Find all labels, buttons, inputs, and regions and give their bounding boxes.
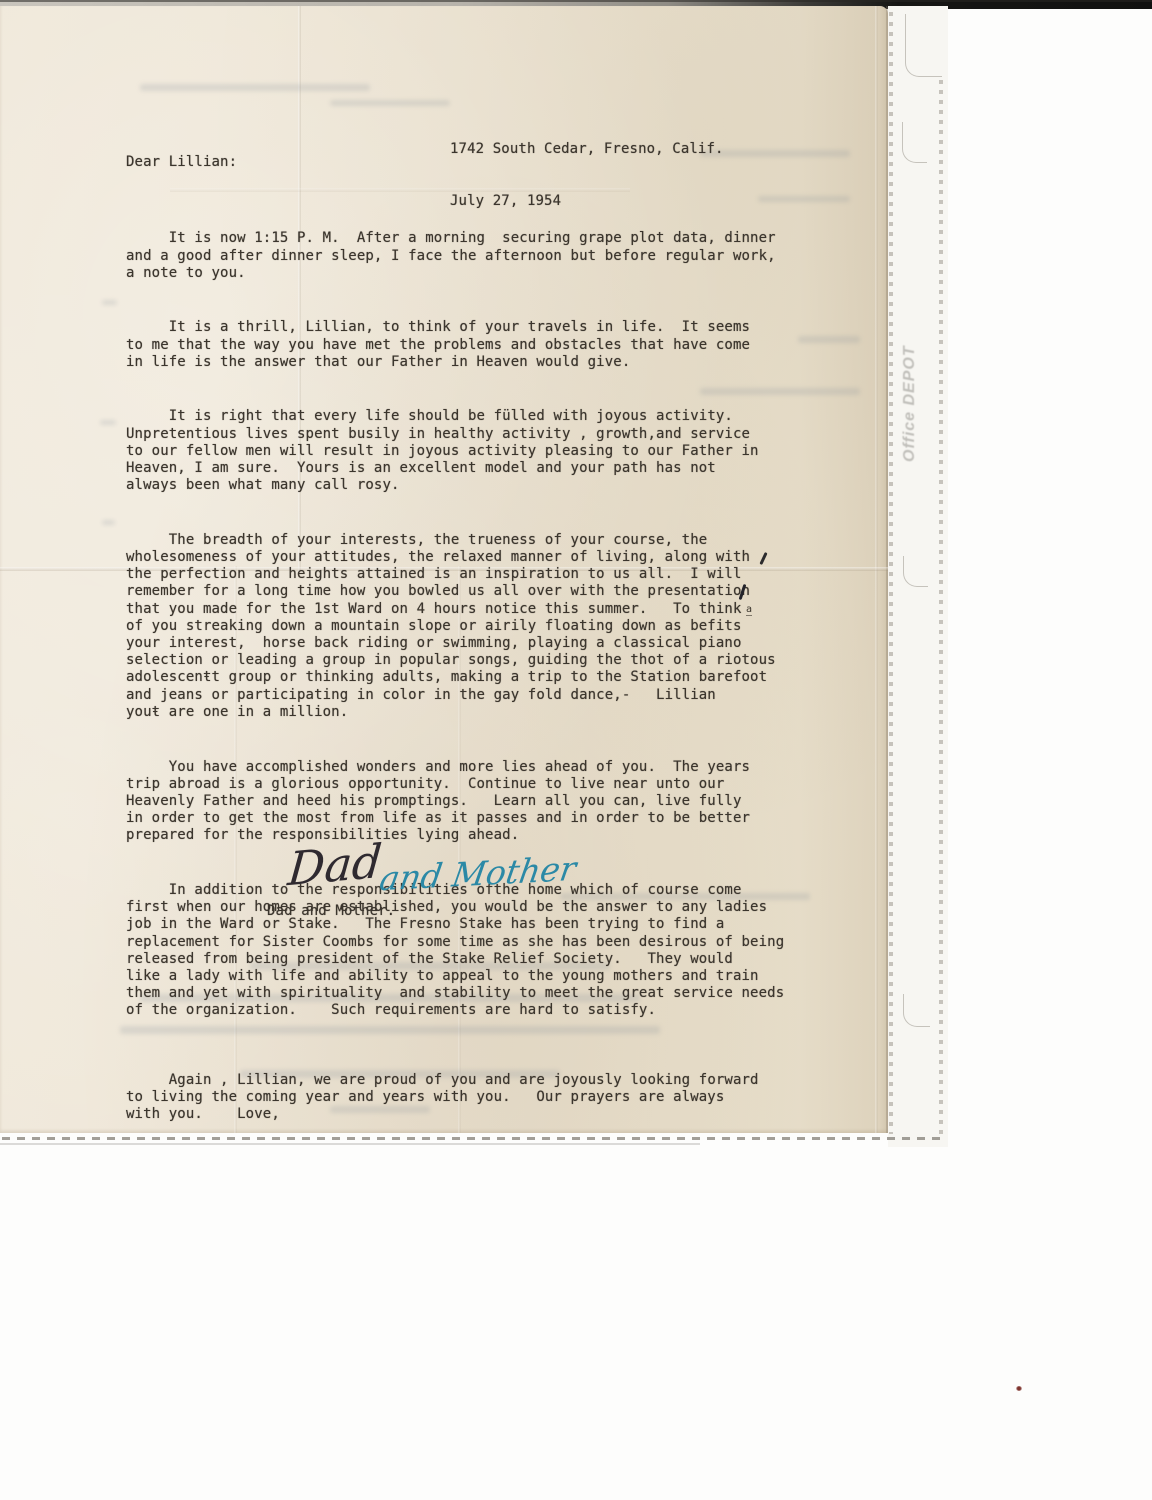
sender-address: 1742 South Cedar, Fresno, Calif. [450, 141, 724, 158]
bleed-through-smudge [102, 300, 117, 305]
bleed-through-smudge [330, 100, 450, 106]
sleeve-bottom-shadow [0, 1143, 700, 1145]
letter-body: It is now 1:15 P. M. After a morning sec… [126, 196, 866, 1161]
signature-dad-handwritten: Dad [286, 834, 384, 897]
signature-typed: Dad and Mother. [267, 903, 395, 920]
bleed-through-smudge [100, 420, 116, 425]
bleed-through-smudge [140, 84, 370, 91]
inserted-letter-annotation: a [746, 604, 752, 616]
salutation: Dear Lillian: [126, 154, 237, 171]
scanned-letter-page: 1742 South Cedar, Fresno, Calif. July 27… [0, 0, 1152, 1500]
paragraph: It is now 1:15 P. M. After a morning sec… [126, 230, 866, 282]
paragraph: It is right that every life should be fü… [126, 408, 866, 494]
binder-hole-outline [902, 122, 927, 163]
paragraph: You have accomplished wonders and more l… [126, 759, 866, 845]
binder-hole-outline [903, 994, 930, 1027]
bleed-through-smudge [102, 520, 115, 525]
letter-paper: 1742 South Cedar, Fresno, Calif. July 27… [0, 6, 888, 1133]
sleeve-perforation-left [889, 12, 893, 1134]
red-ink-speck [1016, 1386, 1022, 1391]
office-depot-brand-text: Office DEPOT [901, 345, 919, 462]
paragraph: The breadth of your interests, the truen… [126, 532, 866, 721]
sleeve-perforation-right [939, 80, 943, 1140]
binder-hole-outline [903, 556, 928, 587]
paragraph: It is a thrill, Lillian, to think of you… [126, 319, 866, 371]
paragraph: In addition to the responsibilities ofth… [126, 882, 866, 1020]
sleeve-bottom-seam [2, 1137, 946, 1140]
paragraph: Again , Lillian, we are proud of you and… [126, 1072, 866, 1124]
binder-hole-outline [905, 14, 942, 77]
